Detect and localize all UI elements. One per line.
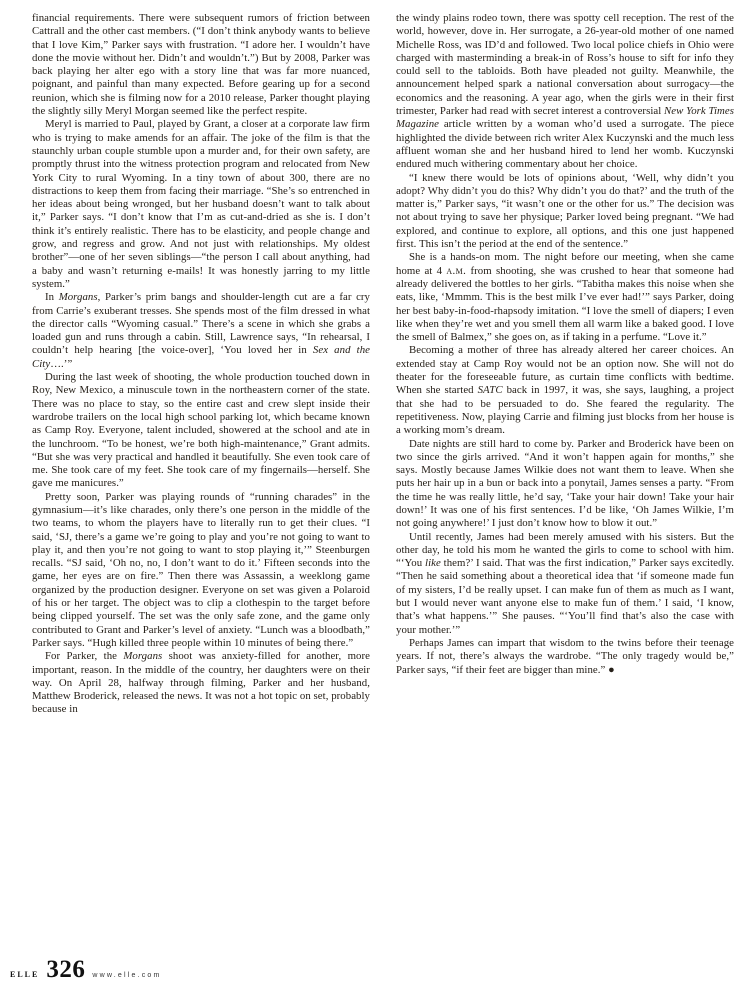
text-segment: Morgans [59,291,98,303]
text-segment: During the last week of shooting, the wh… [32,371,370,489]
article-body: financial requirements. There were subse… [32,12,734,960]
text-segment: “I knew there would be lots of opinions … [396,172,734,250]
text-segment: Morgans [123,650,162,662]
paragraph: Perhaps James can impart that wisdom to … [396,637,734,677]
text-segment: financial requirements. There were subse… [32,12,370,117]
paragraph: In Morgans, Parker’s prim bangs and shou… [32,291,370,371]
text-segment: article written by a woman who’d used a … [396,118,734,170]
text-segment: In [45,291,59,303]
magazine-page: { "colors": { "text": "#262019", "backgr… [0,0,750,996]
page-number: 326 [46,956,85,984]
website-url: www.elle.com [92,972,161,979]
paragraph: For Parker, the Morgans shoot was anxiet… [32,650,370,716]
page-footer: ELLE 326 www.elle.com [10,956,162,984]
text-segment: Meryl is married to Paul, played by Gran… [32,118,370,290]
paragraph: Until recently, James had been merely am… [396,531,734,637]
article-column-right: the windy plains rodeo town, there was s… [396,12,734,960]
paragraph: Date nights are still hard to come by. P… [396,438,734,531]
paragraph: Becoming a mother of three has already a… [396,344,734,437]
text-segment: For Parker, the [45,650,123,662]
text-segment: them?’ I said. That was the first indica… [396,557,734,635]
text-segment: SATC [478,384,503,396]
paragraph: Meryl is married to Paul, played by Gran… [32,118,370,291]
paragraph: Pretty soon, Parker was playing rounds o… [32,491,370,651]
text-segment: ….’” [50,358,72,370]
article-column-left: financial requirements. There were subse… [32,12,370,960]
magazine-logo: ELLE [10,970,39,979]
paragraph: financial requirements. There were subse… [32,12,370,118]
text-segment: Perhaps James can impart that wisdom to … [396,637,734,676]
text-segment: a.m. [446,265,466,277]
paragraph: She is a hands-on mom. The night before … [396,251,734,344]
paragraph: During the last week of shooting, the wh… [32,371,370,491]
paragraph: “I knew there would be lots of opinions … [396,172,734,252]
text-segment: like [425,557,441,569]
text-segment: Pretty soon, Parker was playing rounds o… [32,491,370,649]
paragraph: the windy plains rodeo town, there was s… [396,12,734,172]
text-segment: the windy plains rodeo town, there was s… [396,12,734,117]
text-segment: Date nights are still hard to come by. P… [396,438,734,530]
